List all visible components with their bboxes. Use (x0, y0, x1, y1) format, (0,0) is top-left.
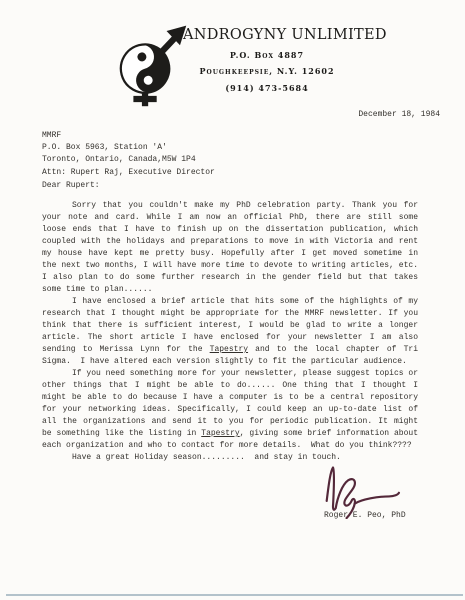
body-line: I also plan to do some further research … (42, 272, 418, 284)
body-line: all the organizations and send it to you… (42, 416, 418, 428)
tapestry-title: Tapestry (201, 429, 239, 438)
body-line: think that there is sufficient interest,… (42, 320, 418, 332)
androgyny-logo-icon (116, 22, 192, 108)
body-line: your note and card. While I am now an of… (42, 212, 418, 224)
recipient-line: Toronto, Ontario, Canada,M5W 1P4 (42, 154, 215, 166)
body-line: coupled with the holidays and preparatio… (42, 236, 418, 248)
body-line: article. The short article I have enclos… (42, 332, 418, 344)
body-line: I have enclosed a brief article that hit… (42, 296, 418, 308)
body-line: sending to Merissa Lynn for the Tapestry… (42, 344, 418, 356)
recipient-line: Attn: Rupert Raj, Executive Director (42, 167, 215, 179)
body-line: be something like the listing in Tapestr… (42, 428, 418, 440)
recipient-line: P.O. Box 5963, Station 'A' (42, 142, 215, 154)
signature-name: Roger E. Peo, PhD (324, 511, 406, 520)
body-line: some time to plan...... (42, 284, 418, 296)
paragraph-3: If you need something more for your news… (42, 368, 418, 452)
letter-body: Sorry that you couldn't make my PhD cele… (42, 200, 418, 464)
body-line: Sorry that you couldn't make my PhD cele… (42, 200, 418, 212)
tapestry-title: Tapestry (210, 345, 248, 354)
letterhead-phone: (914) 473-5684 (183, 83, 351, 93)
body-line: might be able to do because I have a com… (42, 392, 418, 404)
paragraph-2: I have enclosed a brief article that hit… (42, 296, 418, 368)
body-line: for your networking ideas. Specifically,… (42, 404, 418, 416)
letterhead-po-box: P.O. Box 4887 (183, 50, 351, 60)
letter-page: ANDROGYNY UNLIMITED P.O. Box 4887 Poughk… (0, 0, 465, 600)
body-line: If you need something more for your news… (42, 368, 418, 380)
paragraph-1: Sorry that you couldn't make my PhD cele… (42, 200, 418, 296)
body-line: each organization and who to contact for… (42, 440, 418, 452)
org-name: ANDROGYNY UNLIMITED (183, 27, 351, 43)
recipient-block: MMRF P.O. Box 5963, Station 'A' Toronto,… (42, 130, 215, 179)
body-line: my house have kept me pretty busy. Hopef… (42, 248, 418, 260)
letterhead: ANDROGYNY UNLIMITED P.O. Box 4887 Poughk… (183, 27, 351, 93)
salutation: Dear Rupert: (42, 181, 100, 190)
body-line: the next two months, I will have more ti… (42, 260, 418, 272)
body-line: loose ends that I have to finish up on t… (42, 224, 418, 236)
scan-edge-line (6, 594, 463, 596)
body-line: other things that I might be able to do.… (42, 380, 418, 392)
body-line: research that I thought might be appropr… (42, 308, 418, 320)
letter-date: December 18, 1984 (358, 110, 440, 119)
letterhead-city: Poughkeepsie, N.Y. 12602 (183, 66, 351, 76)
recipient-line: MMRF (42, 130, 215, 142)
body-line: Sigma. I have altered each version sligh… (42, 356, 418, 368)
